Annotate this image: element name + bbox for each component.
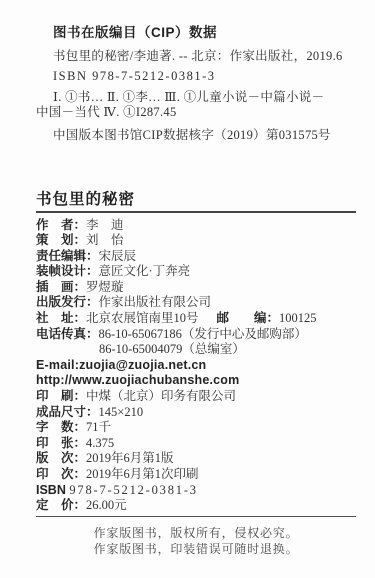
phone-fax-row: 电话传真：86-10-65067186（发行中心及邮购部）: [36, 327, 356, 343]
cip-block: 图书在版编目（CIP）数据 书包里的秘密/李迪著. -- 北京：作家出版社，20…: [36, 26, 356, 143]
price-row: 定 价：26.00元: [36, 498, 356, 514]
address-label: 社 址：: [36, 311, 86, 325]
publisher-row: 出版发行：作家出版社有限公司: [36, 295, 356, 311]
website-line: http://www.zuojiachubanshe.com: [36, 373, 239, 387]
cip-record-number-line: 中国版本图书馆CIP数据核字（2019）第031575号: [53, 129, 356, 143]
design-value: 意匠文化·丁奔亮: [99, 264, 191, 278]
word-count-row: 字 数：71千: [36, 420, 356, 436]
cip-heading: 图书在版编目（CIP）数据: [53, 26, 356, 40]
design-label: 装帧设计：: [36, 264, 99, 278]
address-value: 北京农展馆南里10号: [86, 311, 199, 325]
planner-label: 策 划：: [36, 233, 86, 247]
author-value: 李 迪: [86, 218, 124, 232]
illustration-label: 插 画：: [36, 280, 86, 294]
isbn-row: ISBN 978-7-5212-0381-3: [36, 483, 356, 499]
design-row: 装帧设计：意匠文化·丁奔亮: [36, 264, 356, 280]
word-count-label: 字 数：: [36, 420, 86, 434]
planner-row: 策 划：刘 怡: [36, 233, 356, 249]
printer-row: 印 刷：中煤（北京）印务有限公司: [36, 389, 356, 405]
website-row: http://www.zuojiachubanshe.com: [36, 373, 356, 389]
email-row: E-mail:zuojia@zuojia.net.cn: [36, 358, 356, 374]
publisher-label: 出版发行：: [36, 295, 99, 309]
impression-label: 印 次：: [36, 467, 86, 481]
impression-row: 印 次：2019年6月第1次印刷: [36, 467, 356, 483]
publication-details: 作 者：李 迪 策 划：刘 怡 责任编辑：宋辰辰 装帧设计：意匠文化·丁奔亮 插…: [36, 218, 356, 514]
publisher-value: 作家出版社有限公司: [99, 295, 212, 309]
price-label: 定 价：: [36, 498, 86, 512]
footer-divider-rule: [36, 516, 356, 518]
author-label: 作 者：: [36, 218, 86, 232]
cip-classification-line-2: 中国－当代 Ⅳ. ①I287.45: [36, 106, 356, 120]
isbn-label: ISBN: [36, 483, 69, 497]
editor-value: 宋辰辰: [99, 249, 137, 263]
cip-classification-line-1: Ⅰ. ①书… Ⅱ. ①李… Ⅲ. ①儿童小说－中篇小说－: [53, 91, 356, 105]
trim-size-value: 145×210: [99, 405, 144, 419]
phone-fax-label: 电话传真：: [36, 327, 99, 341]
footer-notes: 作家版图书，版权所有，侵权必究。 作家版图书，印装错误可随时退换。: [36, 526, 356, 557]
edition-value: 2019年6月第1版: [86, 451, 174, 465]
sheets-value: 4.375: [86, 436, 114, 450]
phone-fax-row-2: 86-10-65004079（总编室）: [36, 342, 356, 358]
editor-row: 责任编辑：宋辰辰: [36, 249, 356, 265]
address-row: 社 址：北京农展馆南里10号邮 编：100125: [36, 311, 356, 327]
edition-label: 版 次：: [36, 451, 86, 465]
trim-size-label: 成品尺寸：: [36, 405, 99, 419]
price-value: 26.00元: [86, 498, 127, 512]
postcode-label: 邮 编：: [217, 311, 280, 325]
word-count-value: 71千: [86, 420, 111, 434]
copyright-page: 图书在版编目（CIP）数据 书包里的秘密/李迪著. -- 北京：作家出版社，20…: [0, 0, 375, 578]
planner-value: 刘 怡: [86, 233, 124, 247]
postcode-value: 100125: [279, 311, 317, 325]
edition-row: 版 次：2019年6月第1版: [36, 451, 356, 467]
cip-isbn-line: ISBN 978-7-5212-0381-3: [53, 70, 356, 84]
impression-value: 2019年6月第1次印刷: [86, 467, 199, 481]
phone-fax-value: 86-10-65067186（发行中心及邮购部）: [99, 327, 307, 341]
trim-size-row: 成品尺寸：145×210: [36, 405, 356, 421]
email-line: E-mail:zuojia@zuojia.net.cn: [36, 358, 206, 372]
phone-fax-value-2: 86-10-65004079（总编室）: [99, 342, 245, 356]
cip-bibliography-line: 书包里的秘密/李迪著. -- 北京：作家出版社，2019.6: [53, 50, 356, 64]
title-section: 书包里的秘密: [36, 191, 356, 213]
isbn-value: 978-7-5212-0381-3: [69, 483, 198, 497]
editor-label: 责任编辑：: [36, 249, 99, 263]
exchange-notice: 作家版图书，印装错误可随时退换。: [36, 542, 356, 558]
sheets-row: 印 张：4.375: [36, 436, 356, 452]
illustration-value: 罗煜璇: [86, 280, 124, 294]
book-title: 书包里的秘密: [36, 191, 356, 208]
illustration-row: 插 画：罗煜璇: [36, 280, 356, 296]
sheets-label: 印 张：: [36, 436, 86, 450]
title-divider-rule: [36, 211, 356, 213]
printer-value: 中煤（北京）印务有限公司: [86, 389, 236, 403]
printer-label: 印 刷：: [36, 389, 86, 403]
author-row: 作 者：李 迪: [36, 218, 356, 234]
copyright-notice: 作家版图书，版权所有，侵权必究。: [36, 526, 356, 542]
